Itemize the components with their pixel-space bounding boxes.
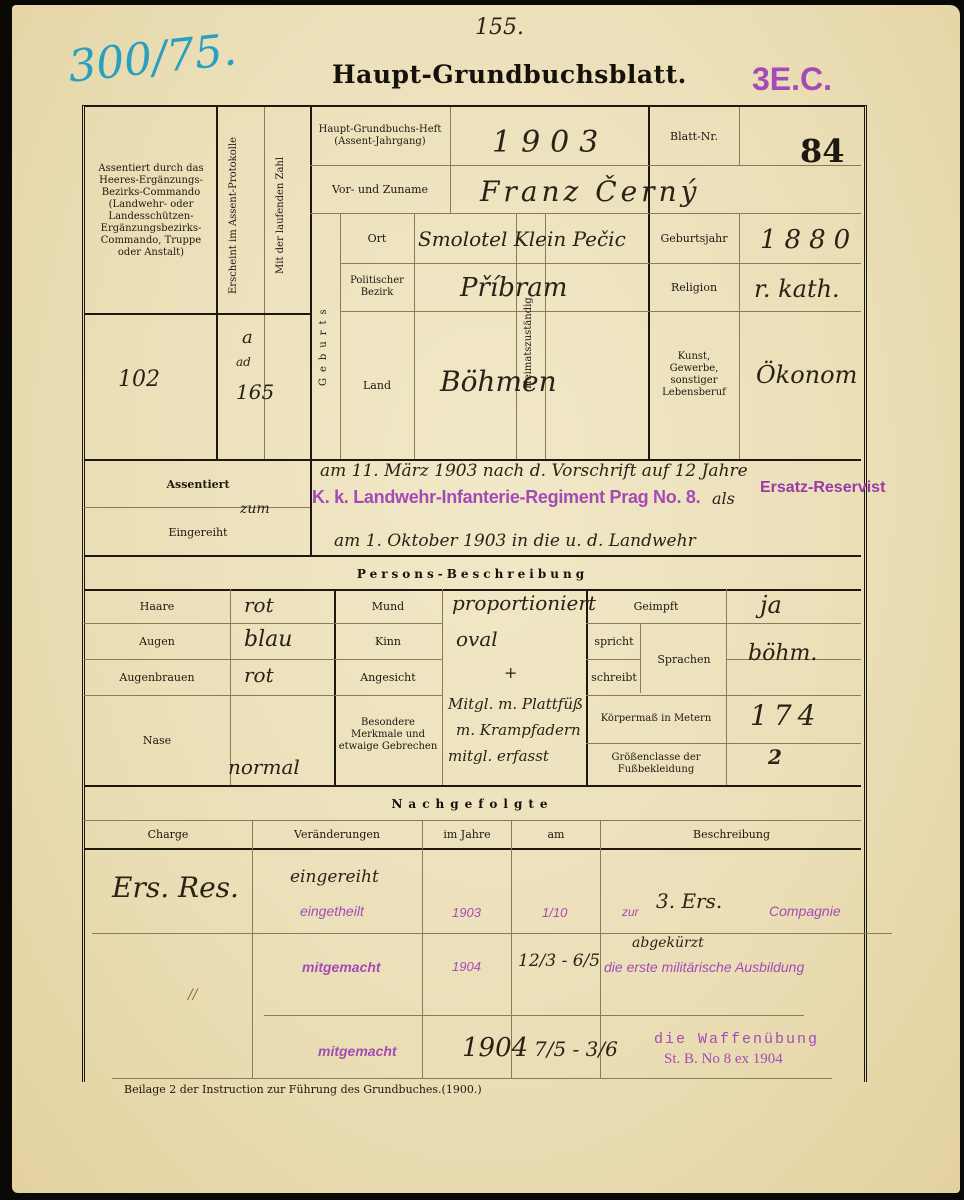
erscheint-label: Erscheint im Assent-Protokolle: [228, 130, 239, 300]
row2-desc-hw: abgekürzt: [632, 935, 704, 951]
row1-desc-suffix: Compagnie: [769, 903, 841, 919]
blatt-value: 84: [800, 132, 845, 170]
ort-value: Smolotel Klein Pečic: [418, 227, 626, 251]
col-veraenderungen: Veränderungen: [254, 822, 420, 846]
footer-note: Beilage 2 der Instruction zur Führung de…: [124, 1083, 482, 1096]
row2-desc-stamp: die erste militärische Ausbildung: [604, 959, 804, 975]
col-am: am: [513, 822, 599, 846]
document-page: 300/75. 155. Haupt-Grundbuchsblatt. 3E.C…: [12, 5, 960, 1193]
assentiert-by-label: Assentiert durch das Heeres-Ergänzungs-B…: [88, 113, 214, 309]
geburtsjahr-label: Geburtsjahr: [650, 215, 738, 261]
nase-label: Nase: [86, 697, 228, 783]
religion-label: Religion: [650, 265, 738, 309]
eingereiht-label: Eingereiht: [88, 511, 308, 553]
geimpft-value: ja: [760, 591, 782, 619]
mund-value: proportioniert: [452, 591, 596, 615]
document-title: Haupt-Grundbuchsblatt.: [332, 60, 687, 89]
angesicht-label: Angesicht: [336, 661, 440, 693]
assent-line-1: am 11. März 1903 nach d. Vorschrift auf …: [320, 461, 748, 481]
heimat-label: Heimatszuständig: [523, 273, 534, 413]
regiment-stamp: K. k. Landwehr-Infanterie-Regiment Prag …: [312, 487, 700, 508]
file-number: 300/75.: [66, 24, 239, 92]
sprachen-value: böhm.: [748, 641, 817, 666]
row1-change-hw: eingereiht: [290, 867, 379, 887]
row2-year: 1904: [452, 959, 481, 974]
kinn-label: Kinn: [336, 625, 440, 657]
zum-value: zum: [240, 501, 270, 517]
laufende-zahl-label: Mit der laufenden Zahl: [275, 130, 286, 300]
beruf-value: Ökonom: [756, 361, 857, 389]
als-value: als: [712, 489, 735, 508]
koerper-label: Körpermaß in Metern: [588, 697, 724, 741]
row1-charge: Ers. Res.: [112, 871, 239, 904]
col-charge: Charge: [86, 822, 250, 846]
merkmale-label: Besondere Merkmale und etwaige Gebrechen: [336, 705, 440, 765]
land-label: Land: [342, 313, 412, 457]
merkmale-line-1: Mitgl. m. Plattfüß: [448, 695, 583, 713]
fuss-label: Größenclasse der Fußbekleidung: [588, 745, 724, 783]
haare-value: rot: [244, 593, 274, 617]
nachgefolgte-title: Nachgefolgte: [84, 797, 861, 811]
land-value: Böhmen: [440, 365, 557, 398]
page-number: 155.: [475, 15, 524, 40]
persons-section-title: Persons-Beschreibung: [84, 567, 861, 581]
merkmale-line-2: m. Krampfadern: [456, 721, 581, 739]
row3-desc-stamp-1: die Waffenübung: [654, 1031, 819, 1048]
brauen-label: Augenbrauen: [86, 661, 228, 693]
row2-change-stamp: mitgemacht: [302, 959, 381, 975]
ort-label: Ort: [342, 215, 412, 261]
assent-line-3: am 1. Oktober 1903 in die u. d. Landwehr: [334, 531, 696, 551]
augen-label: Augen: [86, 625, 228, 657]
row3-desc-stamp-2: St. B. No 8 ex 1904: [664, 1051, 783, 1068]
row1-year: 1903: [452, 905, 481, 920]
sprachen-label: Sprachen: [642, 625, 726, 693]
row2-date: 12/3 - 6/5: [518, 951, 600, 971]
geimpft-label: Geimpft: [588, 591, 724, 621]
beruf-label: Kunst, Gewerbe, sonstiger Lebensberuf: [652, 335, 736, 415]
angesicht-value: +: [504, 663, 517, 682]
augen-value: blau: [244, 627, 292, 652]
schreibt-label: schreibt: [588, 661, 640, 693]
status-stamp: Ersatz-Reservist: [760, 479, 885, 497]
row3-change-stamp: mitgemacht: [318, 1043, 397, 1059]
nase-value: normal: [228, 755, 300, 779]
fuss-value: 2: [768, 745, 782, 769]
bezirk-label: Politischer Bezirk: [342, 265, 412, 309]
merkmale-line-3: mitgl. erfasst: [448, 747, 549, 765]
assentiert-label: Assentiert: [88, 463, 308, 505]
row1-date: 1/10: [542, 905, 567, 920]
kinn-value: oval: [456, 627, 498, 651]
heft-value: 1903: [492, 125, 608, 160]
religion-value: r. kath.: [754, 275, 840, 303]
name-value: Franz Černý: [480, 175, 700, 208]
row3-year: 1904: [462, 1033, 528, 1063]
brauen-value: rot: [244, 663, 274, 687]
erscheint-value-1: a: [242, 327, 253, 348]
name-label: Vor- und Zuname: [312, 167, 448, 211]
assentiert-value: 102: [118, 367, 160, 392]
spricht-label: spricht: [588, 625, 640, 657]
col-im-jahre: im Jahre: [424, 822, 510, 846]
laufende-zahl-value: 165: [236, 380, 274, 404]
bezirk-value: Příbram: [460, 273, 567, 303]
row1-desc-hw: 3. Ers.: [656, 889, 722, 913]
haare-label: Haare: [86, 591, 228, 621]
stamp-code: 3E.C.: [752, 61, 832, 98]
row1-change-stamp: eingetheilt: [300, 903, 364, 919]
geburtsjahr-value: 1880: [760, 225, 858, 255]
heft-label: Haupt-Grundbuchs-Heft (Assent-Jahrgang): [312, 109, 448, 163]
geburts-label: Geburts: [318, 295, 329, 395]
col-beschreibung: Beschreibung: [602, 822, 861, 846]
row1-desc-prefix: zur: [622, 905, 639, 919]
mund-label: Mund: [336, 591, 440, 621]
koerper-value: 174: [750, 699, 821, 732]
blatt-label: Blatt-Nr.: [650, 109, 738, 163]
row3-date: 7/5 - 3/6: [534, 1037, 618, 1061]
erscheint-value-2: ad: [236, 355, 251, 369]
row2-charge: //: [188, 987, 197, 1003]
